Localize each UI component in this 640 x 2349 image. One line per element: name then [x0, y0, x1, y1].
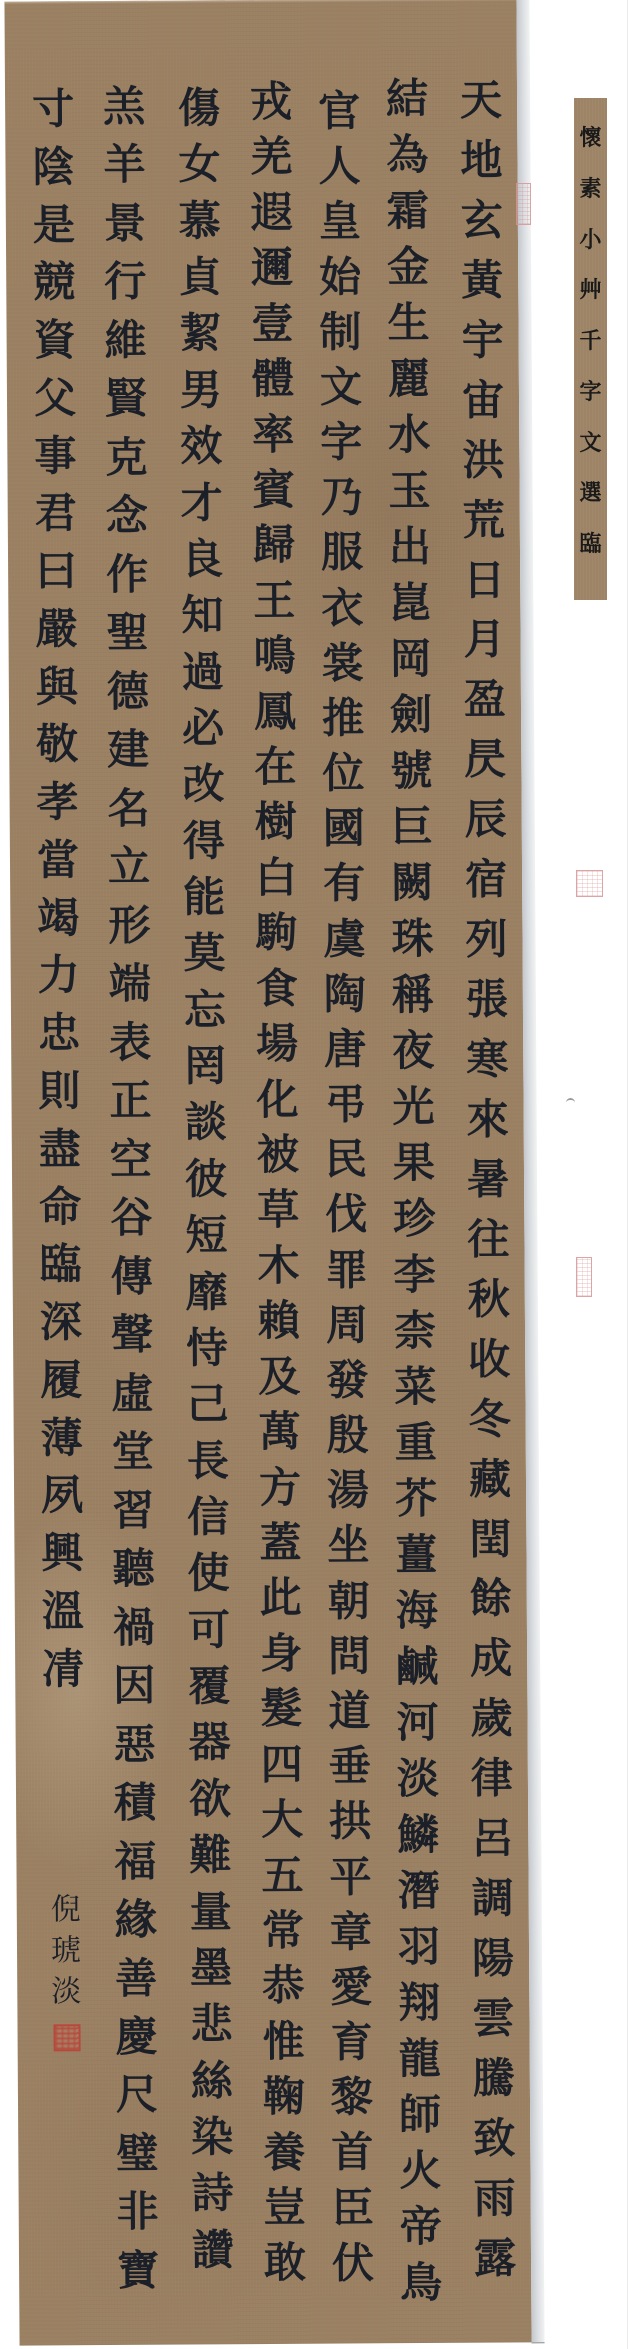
glyph: 形	[104, 904, 154, 948]
glyph: 發	[322, 1358, 372, 1402]
mount-seal-square	[576, 870, 603, 897]
glyph: 王	[249, 579, 299, 623]
glyph: 端	[105, 962, 155, 1006]
glyph: 谷	[106, 1196, 156, 1240]
glyph: 鳥	[396, 2261, 446, 2305]
title-glyph: 艸	[574, 278, 607, 302]
glyph: 劍	[386, 693, 436, 737]
glyph: 成	[466, 1637, 516, 1681]
glyph: 知	[177, 593, 227, 637]
glyph: 地	[456, 138, 506, 182]
glyph: 賴	[254, 1299, 304, 1343]
glyph: 溫	[38, 1589, 88, 1633]
glyph: 惟	[258, 2020, 308, 2064]
glyph: 善	[111, 1956, 161, 2000]
glyph: 育	[326, 2020, 376, 2064]
glyph: 平	[325, 1855, 375, 1899]
signature-glyph: 倪	[48, 1894, 84, 1926]
glyph: 是	[29, 203, 79, 247]
glyph: 壹	[247, 301, 297, 345]
glyph: 克	[101, 436, 151, 480]
glyph: 羊	[99, 143, 149, 187]
glyph: 宙	[458, 378, 508, 422]
glyph: 位	[318, 751, 368, 795]
glyph: 戎	[246, 80, 296, 124]
glyph: 愛	[326, 1965, 376, 2009]
glyph: 露	[470, 2236, 520, 2280]
glyph: 貞	[175, 255, 225, 299]
glyph: 文	[316, 365, 366, 409]
glyph: 號	[386, 749, 436, 793]
artist-signature: 倪琥淡	[48, 1894, 85, 2008]
glyph: 積	[110, 1781, 160, 1825]
glyph: 短	[181, 1213, 231, 1257]
glyph: 欲	[185, 1777, 235, 1821]
glyph: 衣	[317, 586, 367, 630]
glyph: 日	[459, 558, 509, 602]
glyph: 命	[35, 1185, 85, 1229]
glyph: 罪	[321, 1248, 371, 1292]
glyph: 可	[184, 1608, 234, 1652]
glyph: 宇	[457, 318, 507, 362]
glyph: 海	[392, 1589, 442, 1633]
glyph: 岡	[386, 637, 436, 681]
glyph: 體	[248, 357, 298, 401]
glyph: 鞠	[259, 2075, 309, 2119]
glyph: 藏	[465, 1457, 515, 1501]
glyph: 呂	[467, 1817, 517, 1861]
glyph: 慕	[175, 199, 225, 243]
glyph: 制	[315, 310, 365, 354]
glyph: 收	[464, 1337, 514, 1381]
scroll-scan: 天地玄黃宇宙洪荒日月盈昃辰宿列張寒來暑往秋收冬藏閏餘成歲律呂調陽雲騰致雨露 結為…	[4, 0, 544, 2346]
glyph: 染	[187, 2115, 237, 2159]
glyph: 菜	[390, 1365, 440, 1409]
glyph: 寒	[462, 1037, 512, 1081]
glyph: 豈	[260, 2186, 310, 2230]
glyph: 忠	[34, 1011, 84, 1055]
glyph: 念	[102, 494, 152, 538]
glyph: 忘	[180, 988, 230, 1032]
glyph: 率	[248, 412, 298, 456]
glyph: 芥	[391, 1477, 441, 1521]
glyph: 朝	[324, 1579, 374, 1623]
glyph: 盈	[460, 678, 510, 722]
signature-glyph: 琥	[48, 1935, 84, 1967]
glyph: 玉	[384, 469, 434, 513]
glyph: 男	[176, 368, 226, 412]
glyph: 聽	[108, 1547, 158, 1591]
glyph: 律	[467, 1757, 517, 1801]
glyph: 裳	[318, 641, 368, 685]
title-glyph: 懷	[574, 126, 607, 150]
glyph: 坐	[323, 1524, 373, 1568]
glyph: 得	[179, 819, 229, 863]
glyph: 帝	[396, 2205, 446, 2249]
glyph: 罔	[180, 1044, 230, 1088]
glyph: 敬	[32, 723, 82, 767]
glyph: 樹	[251, 800, 301, 844]
glyph: 在	[250, 745, 300, 789]
glyph: 談	[181, 1101, 231, 1145]
glyph: 能	[179, 875, 229, 919]
glyph: 騰	[469, 2056, 519, 2100]
glyph: 禍	[109, 1605, 159, 1649]
text-column-7: 寸陰是競資父事君曰嚴與敬孝當竭力忠則盡命臨深履薄夙興溫凊	[28, 87, 88, 1691]
glyph: 恃	[182, 1326, 232, 1370]
glyph: 寶	[113, 2249, 163, 2293]
edge-collector-seal	[516, 183, 531, 225]
glyph: 嚴	[31, 607, 81, 651]
glyph: 常	[258, 1909, 308, 1953]
glyph: 緣	[111, 1898, 161, 1942]
glyph: 履	[36, 1358, 86, 1402]
glyph: 夜	[388, 1029, 438, 1073]
glyph: 推	[318, 696, 368, 740]
glyph: 來	[463, 1097, 513, 1141]
glyph: 羌	[246, 135, 296, 179]
glyph: 鳳	[250, 689, 300, 733]
glyph: 行	[100, 260, 150, 304]
glyph: 黃	[457, 258, 507, 302]
glyph: 問	[324, 1634, 374, 1678]
glyph: 女	[174, 143, 224, 187]
glyph: 方	[255, 1465, 305, 1509]
glyph: 盡	[35, 1127, 85, 1171]
glyph: 雨	[469, 2176, 519, 2220]
glyph: 伐	[321, 1193, 371, 1237]
glyph: 習	[108, 1488, 158, 1532]
glyph: 福	[110, 1839, 160, 1883]
glyph: 敢	[260, 2241, 310, 2285]
glyph: 君	[31, 492, 81, 536]
glyph: 唐	[320, 1027, 370, 1071]
glyph: 拱	[325, 1800, 375, 1844]
glyph: 夙	[37, 1474, 87, 1518]
glyph: 木	[253, 1244, 303, 1288]
glyph: 官	[314, 89, 364, 133]
glyph: 父	[30, 376, 80, 420]
glyph: 調	[468, 1877, 518, 1921]
glyph: 薄	[37, 1416, 87, 1460]
glyph: 曰	[31, 549, 81, 593]
artist-seal	[54, 2024, 81, 2051]
glyph: 食	[252, 967, 302, 1011]
glyph: 事	[30, 434, 80, 478]
glyph: 場	[252, 1022, 302, 1066]
title-glyph: 小	[574, 228, 607, 252]
glyph: 身	[256, 1632, 306, 1676]
glyph: 師	[395, 2093, 445, 2137]
text-column-2: 結為霜金生麗水玉出崑岡劍號巨闕珠稱夜光果珍李柰菜重芥薑海鹹河淡鱗潛羽翔龍師火帝鳥	[382, 77, 446, 2305]
glyph: 昃	[460, 738, 510, 782]
glyph: 恭	[258, 1964, 308, 2008]
glyph: 柰	[390, 1309, 440, 1353]
glyph: 黎	[327, 2076, 377, 2120]
glyph: 五	[257, 1853, 307, 1897]
glyph: 傷	[174, 86, 224, 130]
glyph: 辰	[461, 798, 511, 842]
glyph: 絲	[187, 2059, 237, 2103]
glyph: 珠	[387, 917, 437, 961]
glyph: 白	[251, 856, 301, 900]
glyph: 竭	[33, 896, 83, 940]
glyph: 尺	[112, 2073, 162, 2117]
glyph: 己	[182, 1383, 232, 1427]
glyph: 闕	[387, 861, 437, 905]
title-glyph: 素	[574, 177, 607, 201]
glyph: 麗	[384, 357, 434, 401]
glyph: 鱗	[393, 1813, 443, 1857]
glyph: 秋	[464, 1277, 514, 1321]
glyph: 維	[100, 319, 150, 363]
glyph: 羽	[394, 1925, 444, 1969]
glyph: 絜	[175, 312, 225, 356]
mount-seal-tall	[576, 1257, 592, 1297]
glyph: 與	[32, 665, 82, 709]
glyph: 冬	[464, 1397, 514, 1441]
glyph: 天	[456, 78, 506, 122]
glyph: 河	[392, 1701, 442, 1745]
glyph: 稱	[388, 973, 438, 1017]
glyph: 墨	[186, 1946, 236, 1990]
glyph: 重	[391, 1421, 441, 1465]
glyph: 暑	[463, 1157, 513, 1201]
glyph: 字	[316, 420, 366, 464]
glyph: 淡	[393, 1757, 443, 1801]
glyph: 鹹	[392, 1645, 442, 1689]
glyph: 因	[109, 1664, 159, 1708]
glyph: 水	[384, 413, 434, 457]
glyph: 張	[462, 977, 512, 1021]
glyph: 陽	[468, 1936, 518, 1980]
title-glyph: 選	[574, 481, 607, 505]
glyph: 改	[178, 763, 228, 807]
glyph: 月	[459, 618, 509, 662]
glyph: 力	[34, 954, 84, 998]
glyph: 歸	[249, 523, 299, 567]
glyph: 駒	[251, 911, 301, 955]
glyph: 聖	[102, 611, 152, 655]
text-column-5: 傷女慕貞絜男效才良知過必改得能莫忘罔談彼短靡恃己長信使可覆器欲難量墨悲絲染詩讚	[174, 86, 238, 2272]
glyph: 使	[183, 1552, 233, 1596]
glyph: 讚	[188, 2228, 238, 2272]
glyph: 被	[253, 1133, 303, 1177]
glyph: 致	[469, 2116, 519, 2160]
glyph: 有	[319, 862, 369, 906]
glyph: 首	[327, 2131, 377, 2175]
glyph: 器	[185, 1721, 235, 1765]
glyph: 大	[257, 1798, 307, 1842]
glyph: 靡	[182, 1270, 232, 1314]
glyph: 道	[324, 1689, 374, 1733]
glyph: 資	[29, 318, 79, 362]
glyph: 璧	[112, 2132, 162, 2176]
glyph: 必	[178, 706, 228, 750]
glyph: 國	[319, 807, 369, 851]
glyph: 長	[183, 1439, 233, 1483]
glyph: 鳴	[250, 634, 300, 678]
glyph: 難	[185, 1833, 235, 1877]
glyph: 建	[103, 728, 153, 772]
glyph: 臨	[35, 1242, 85, 1286]
glyph: 聲	[107, 1313, 157, 1357]
glyph: 出	[385, 525, 435, 569]
glyph: 往	[463, 1217, 513, 1261]
glyph: 賢	[101, 377, 151, 421]
glyph: 皇	[315, 200, 365, 244]
glyph: 立	[104, 845, 154, 889]
glyph: 四	[257, 1742, 307, 1786]
glyph: 孝	[32, 780, 82, 824]
glyph: 此	[256, 1576, 306, 1620]
glyph: 德	[103, 670, 153, 714]
glyph: 雲	[468, 1996, 518, 2040]
caret-mark	[566, 1098, 575, 1105]
glyph: 金	[383, 245, 433, 289]
glyph: 羔	[99, 85, 149, 129]
glyph: 弔	[320, 1082, 370, 1126]
glyph: 乃	[317, 476, 367, 520]
glyph: 光	[388, 1085, 438, 1129]
glyph: 陰	[28, 145, 78, 189]
glyph: 養	[259, 2130, 309, 2174]
glyph: 深	[36, 1300, 86, 1344]
title-glyph: 字	[574, 380, 607, 404]
mount-border-line	[627, 0, 628, 2349]
glyph: 陶	[320, 972, 370, 1016]
glyph: 伏	[328, 2241, 378, 2285]
text-column-6: 羔羊景行維賢克念作聖德建名立形端表正空谷傳聲虛堂習聽禍因惡積福緣善慶尺璧非寶	[99, 85, 163, 2293]
glyph: 慶	[111, 2015, 161, 2059]
glyph: 歲	[466, 1697, 516, 1741]
glyph: 覆	[184, 1664, 234, 1708]
glyph: 化	[252, 1077, 302, 1121]
glyph: 為	[382, 133, 432, 177]
glyph: 興	[37, 1531, 87, 1575]
glyph: 競	[29, 260, 79, 304]
glyph: 李	[390, 1253, 440, 1297]
glyph: 火	[395, 2149, 445, 2193]
glyph: 章	[326, 1910, 376, 1954]
signature-glyph: 淡	[48, 1976, 84, 2008]
glyph: 霜	[383, 189, 433, 233]
glyph: 景	[100, 202, 150, 246]
glyph: 結	[382, 77, 432, 121]
title-glyph: 文	[574, 431, 607, 455]
glyph: 悲	[186, 2002, 236, 2046]
glyph: 莫	[179, 932, 229, 976]
glyph: 及	[254, 1354, 304, 1398]
glyph: 作	[102, 553, 152, 597]
glyph: 賓	[248, 468, 298, 512]
glyph: 虛	[107, 1371, 157, 1415]
glyph: 玄	[457, 198, 507, 242]
glyph: 洪	[458, 438, 508, 482]
glyph: 才	[177, 481, 227, 525]
glyph: 潛	[394, 1869, 444, 1913]
glyph: 宿	[461, 858, 511, 902]
glyph: 邇	[247, 246, 297, 290]
glyph: 垂	[325, 1744, 375, 1788]
glyph: 荒	[459, 498, 509, 542]
glyph: 服	[317, 531, 367, 575]
glyph: 髮	[256, 1687, 306, 1731]
glyph: 人	[314, 145, 364, 189]
glyph: 殷	[323, 1413, 373, 1457]
title-glyph: 千	[574, 329, 607, 353]
glyph: 名	[104, 787, 154, 831]
glyph: 非	[113, 2190, 163, 2234]
glyph: 彼	[181, 1157, 231, 1201]
glyph: 詩	[187, 2172, 237, 2216]
glyph: 惡	[110, 1722, 160, 1766]
glyph: 始	[315, 255, 365, 299]
glyph: 寸	[28, 87, 78, 131]
glyph: 珍	[389, 1197, 439, 1241]
glyph: 巨	[387, 805, 437, 849]
glyph: 堂	[108, 1430, 158, 1474]
glyph: 民	[321, 1138, 371, 1182]
calligraphy-scroll: 天地玄黃宇宙洪荒日月盈昃辰宿列張寒來暑往秋收冬藏閏餘成歲律呂調陽雲騰致雨露 結為…	[4, 0, 531, 2346]
text-column-4: 戎羌遐邇壹體率賓歸王鳴鳳在樹白駒食場化被草木賴及萬方蓋此身髮四大五常恭惟鞠養豈敢	[246, 80, 310, 2286]
glyph: 信	[183, 1495, 233, 1539]
glyph: 餘	[466, 1577, 516, 1621]
text-column-1: 天地玄黃宇宙洪荒日月盈昃辰宿列張寒來暑往秋收冬藏閏餘成歲律呂調陽雲騰致雨露	[456, 78, 520, 2280]
glyph: 果	[389, 1141, 439, 1185]
text-column-3: 官人皇始制文字乃服衣裳推位國有虞陶唐弔民伐罪周發殷湯坐朝問道垂拱平章愛育黎首臣伏	[314, 89, 378, 2285]
glyph: 翔	[394, 1981, 444, 2025]
glyph: 薑	[391, 1533, 441, 1577]
glyph: 正	[105, 1079, 155, 1123]
glyph: 則	[34, 1069, 84, 1113]
title-slip: 懷素小艸千字文選臨	[574, 98, 607, 600]
glyph: 生	[383, 301, 433, 345]
glyph: 當	[33, 838, 83, 882]
glyph: 蓋	[255, 1521, 305, 1565]
title-glyph: 臨	[574, 532, 607, 556]
glyph: 量	[186, 1890, 236, 1934]
glyph: 過	[178, 650, 228, 694]
glyph: 臣	[328, 2186, 378, 2230]
glyph: 傳	[107, 1254, 157, 1298]
glyph: 閏	[465, 1517, 515, 1561]
glyph: 周	[322, 1303, 372, 1347]
glyph: 龍	[395, 2037, 445, 2081]
glyph: 崑	[385, 581, 435, 625]
glyph: 效	[176, 424, 226, 468]
glyph: 空	[106, 1137, 156, 1181]
glyph: 遐	[247, 191, 297, 235]
glyph: 草	[253, 1188, 303, 1232]
glyph: 良	[177, 537, 227, 581]
glyph: 列	[461, 918, 511, 962]
glyph: 凊	[38, 1647, 88, 1691]
glyph: 湯	[323, 1469, 373, 1513]
glyph: 萬	[255, 1410, 305, 1454]
glyph: 虞	[319, 917, 369, 961]
glyph: 表	[105, 1020, 155, 1064]
